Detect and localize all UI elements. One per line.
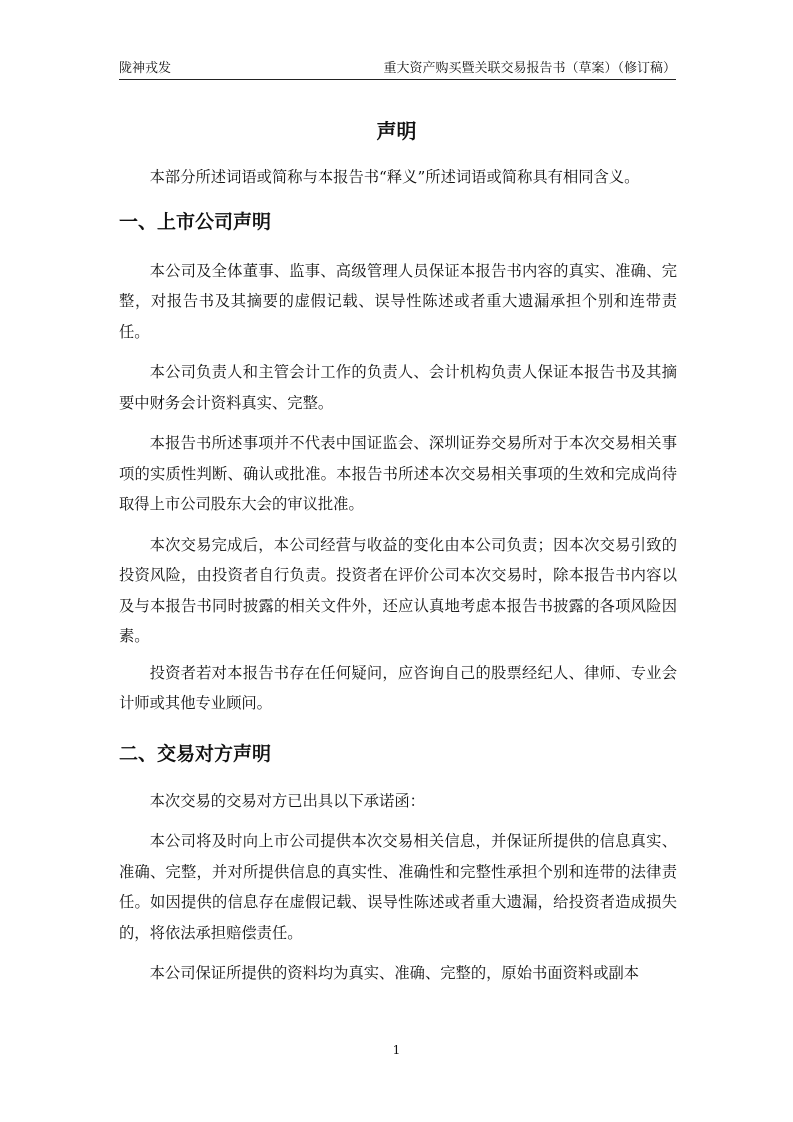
page-number: 1 bbox=[0, 1043, 793, 1057]
paragraph: 本次交易的交易对方已出具以下承诺函： bbox=[119, 786, 677, 817]
paragraph: 本报告书所述事项并不代表中国证监会、深圳证券交易所对于本次交易相关事项的实质性判… bbox=[119, 428, 677, 520]
section-heading-1: 一、上市公司声明 bbox=[119, 207, 677, 234]
intro-paragraph: 本部分所述词语或简称与本报告书“释义”所述词语或简称具有相同含义。 bbox=[119, 162, 677, 193]
paragraph: 本次交易完成后，本公司经营与收益的变化由本公司负责；因本次交易引致的投资风险，由… bbox=[119, 530, 677, 652]
paragraph: 本公司将及时向上市公司提供本次交易相关信息，并保证所提供的信息真实、准确、完整，… bbox=[119, 826, 677, 948]
paragraph: 投资者若对本报告书存在任何疑问，应咨询自己的股票经纪人、律师、专业会计师或其他专… bbox=[119, 658, 677, 719]
document-body: 本部分所述词语或简称与本报告书“释义”所述词语或简称具有相同含义。 一、上市公司… bbox=[119, 160, 677, 989]
header-doc-title: 重大资产购买暨关联交易报告书（草案）（修订稿） bbox=[383, 57, 676, 76]
page-title: 声明 bbox=[0, 115, 793, 144]
paragraph: 本公司负责人和主管会计工作的负责人、会计机构负责人保证本报告书及其摘要中财务会计… bbox=[119, 357, 677, 418]
section-heading-2: 二、交易对方声明 bbox=[119, 739, 677, 766]
page-header: 陇神戎发 重大资产购买暨关联交易报告书（草案）（修订稿） bbox=[119, 57, 676, 80]
paragraph: 本公司保证所提供的资料均为真实、准确、完整的，原始书面资料或副本 bbox=[119, 958, 677, 989]
paragraph: 本公司及全体董事、监事、高级管理人员保证本报告书内容的真实、准确、完整，对报告书… bbox=[119, 256, 677, 348]
header-company: 陇神戎发 bbox=[119, 57, 171, 76]
